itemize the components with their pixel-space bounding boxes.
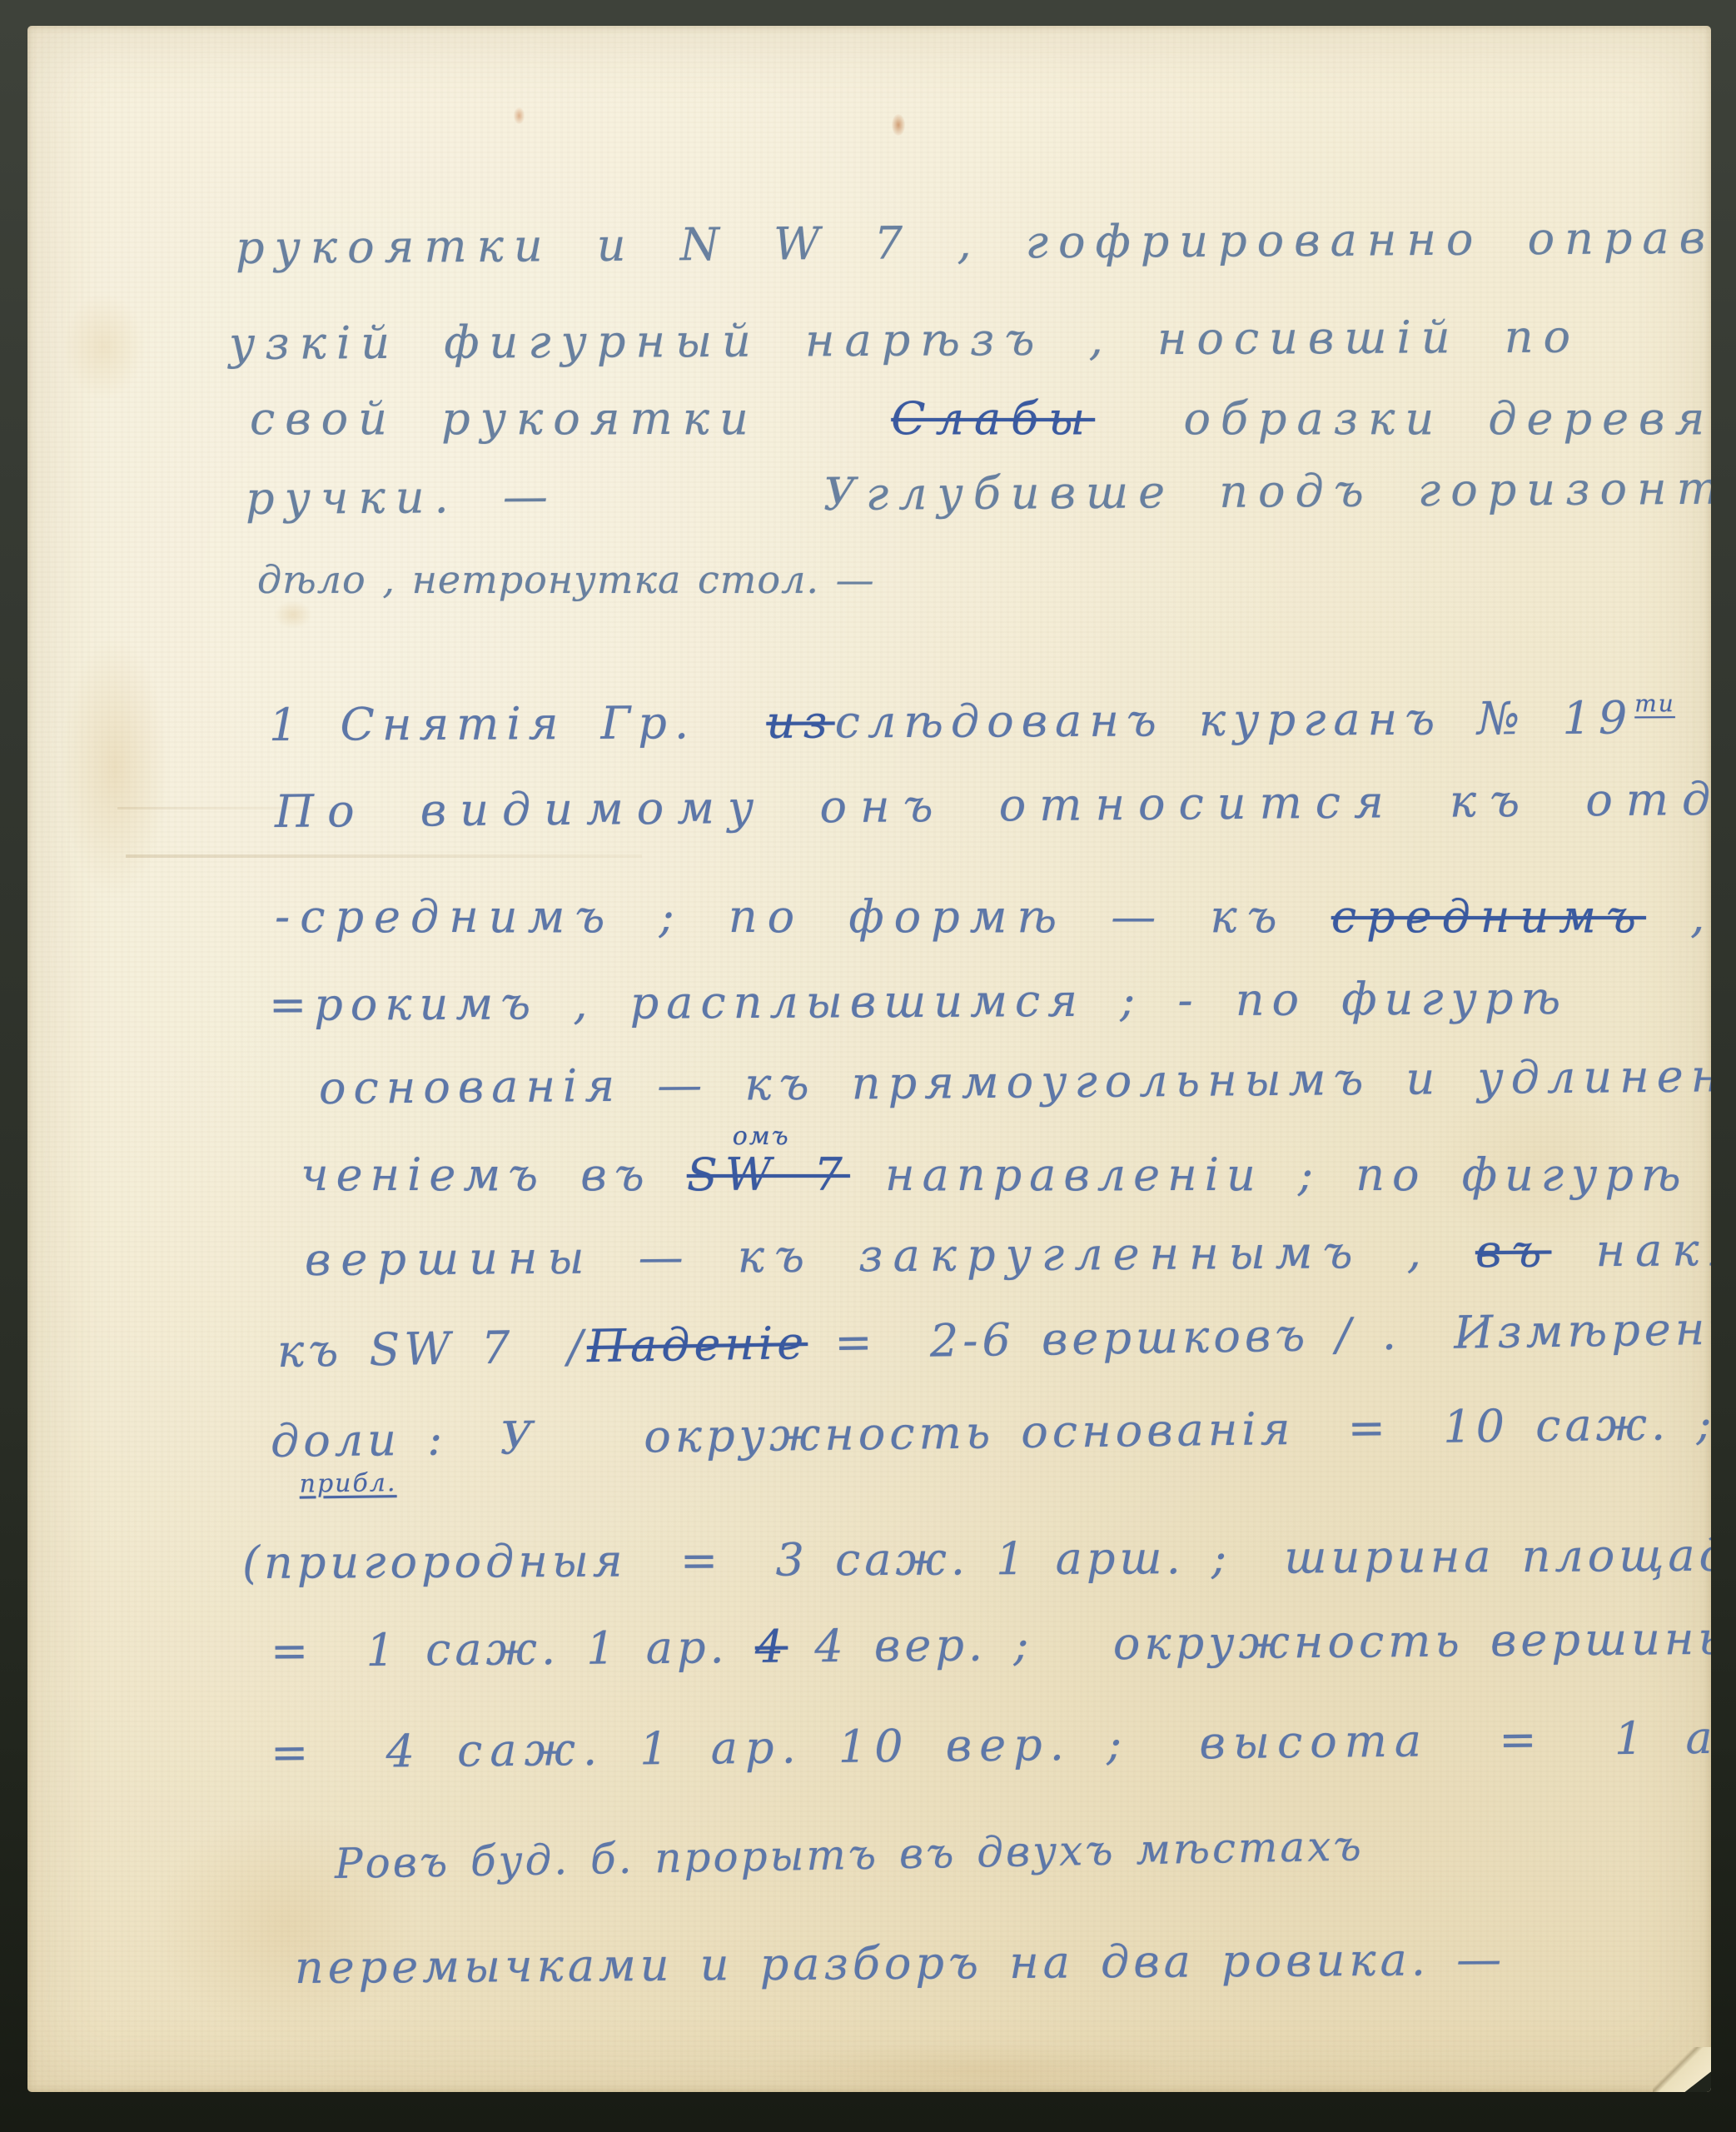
strikethrough-text: из <box>766 695 835 748</box>
line-segment: = 2-6 вершковъ / . Измѣренія <box>808 1302 1711 1369</box>
manuscript-line-8: -среднимъ ; по формѣ — къ среднимъ , ши:… <box>275 890 1711 943</box>
line-segment: , ши:= <box>1646 890 1711 943</box>
manuscript-line-19: перемычками и разборъ на два ровика. — <box>295 1933 1506 1994</box>
manuscript-line-4: ручки. — Углубивше подъ горизонтъ <box>246 461 1711 525</box>
manuscript-line-9: =рокимъ , расплывшимся ; - по фигурѣ <box>269 972 1568 1031</box>
line-segment: 4 вер. ; окружность вершины <box>788 1612 1711 1673</box>
manuscript-line-18: Ровъ буд. б. прорытъ въ двухъ мѣстахъ <box>334 1821 1364 1888</box>
manuscript-line-11: ченіемъ въ SW 7омъ направленіи ; по фигу… <box>301 1148 1689 1201</box>
line-segment: наклонно <box>1551 1223 1711 1278</box>
manuscript-line-7: По видимому онъ относится къ отдѣльн— <box>275 770 1711 838</box>
line-segment: . — <box>1675 690 1711 744</box>
manuscript-line-1: рукоятки и N W 7 , гофрированно оправлѣ <box>236 211 1711 274</box>
foxing-stain <box>61 634 169 900</box>
line-segment: направленіи ; по фигурѣ <box>850 1148 1689 1201</box>
foxing-stain <box>62 292 146 401</box>
manuscript-line-13: къ SW 7 /Паденіе = 2-6 вершковъ / . Измѣ… <box>277 1302 1711 1377</box>
rust-speck <box>514 107 525 124</box>
manuscript-line-15: (пригородныя = 3 саж. 1 арш. ; ширина пл… <box>242 1528 1711 1589</box>
strikethrough-text: SW 7омъ <box>687 1148 850 1201</box>
line-segment: ченіемъ въ <box>301 1148 687 1201</box>
manuscript-line-16: = 1 саж. 1 ар. 4 4 вер. ; окружность вер… <box>271 1612 1711 1677</box>
manuscript-line-5: дѣло , нетронутка стол. — <box>257 557 875 602</box>
rust-speck <box>892 114 905 136</box>
manuscript-line-10: основанія — къ прямоугольнымъ и удлинен- <box>319 1049 1711 1114</box>
strikethrough-text: Слабы <box>891 392 1095 445</box>
line-segment: доли : У окружность основанія = 10 саж. … <box>271 1397 1711 1467</box>
line-segment: къ SW 7 / <box>277 1320 588 1377</box>
foxing-stain <box>760 2041 1193 2092</box>
line-segment: -среднимъ ; по формѣ — къ <box>275 890 1331 943</box>
scanned-manuscript-screenshot: { "colors": { "ink": "#5d77a8", "ink_dar… <box>0 0 1736 2132</box>
line-segment: = 1 саж. 1 ар. <box>271 1621 755 1677</box>
paper-crease <box>126 854 642 858</box>
line-segment: вершины — къ закругленнымъ , <box>305 1225 1475 1286</box>
strikethrough-text: въ <box>1475 1225 1552 1278</box>
strikethrough-text: Паденіе <box>586 1317 808 1372</box>
manuscript-line-12: вершины — къ закругленнымъ , въ наклонно <box>305 1223 1711 1286</box>
strikethrough-text: среднимъ <box>1331 890 1646 943</box>
manuscript-line-2: узкій фигурный нарѣзъ , носившій по <box>229 311 1580 370</box>
superscript-annotation: ти <box>1634 690 1675 717</box>
line-segment: образки деревянной <box>1095 392 1711 445</box>
manuscript-line-14: доли : У окружность основанія = 10 саж. … <box>271 1397 1711 1467</box>
line-segment: 1 Снятія Гр. <box>269 696 767 751</box>
strikethrough-text: 4 <box>755 1621 788 1673</box>
line-segment: слѣдованъ курганъ № 19 <box>834 691 1634 748</box>
manuscript-line-3: свой рукоятки Слабы образки деревянной <box>250 392 1711 445</box>
foxing-stain <box>274 600 312 629</box>
manuscript-line-6: 1 Снятія Гр. изслѣдованъ курганъ № 19ти … <box>269 689 1711 751</box>
manuscript-page: рукоятки и N W 7 , гофрированно оправлѣ … <box>27 26 1711 2092</box>
interlinear-correction: прибл. <box>299 1468 396 1498</box>
interlinear-correction: омъ <box>733 1122 790 1151</box>
manuscript-line-17: = 4 саж. 1 ар. 10 вер. ; высота = 1 арш. <box>271 1710 1711 1779</box>
line-segment: свой рукоятки <box>250 392 891 445</box>
